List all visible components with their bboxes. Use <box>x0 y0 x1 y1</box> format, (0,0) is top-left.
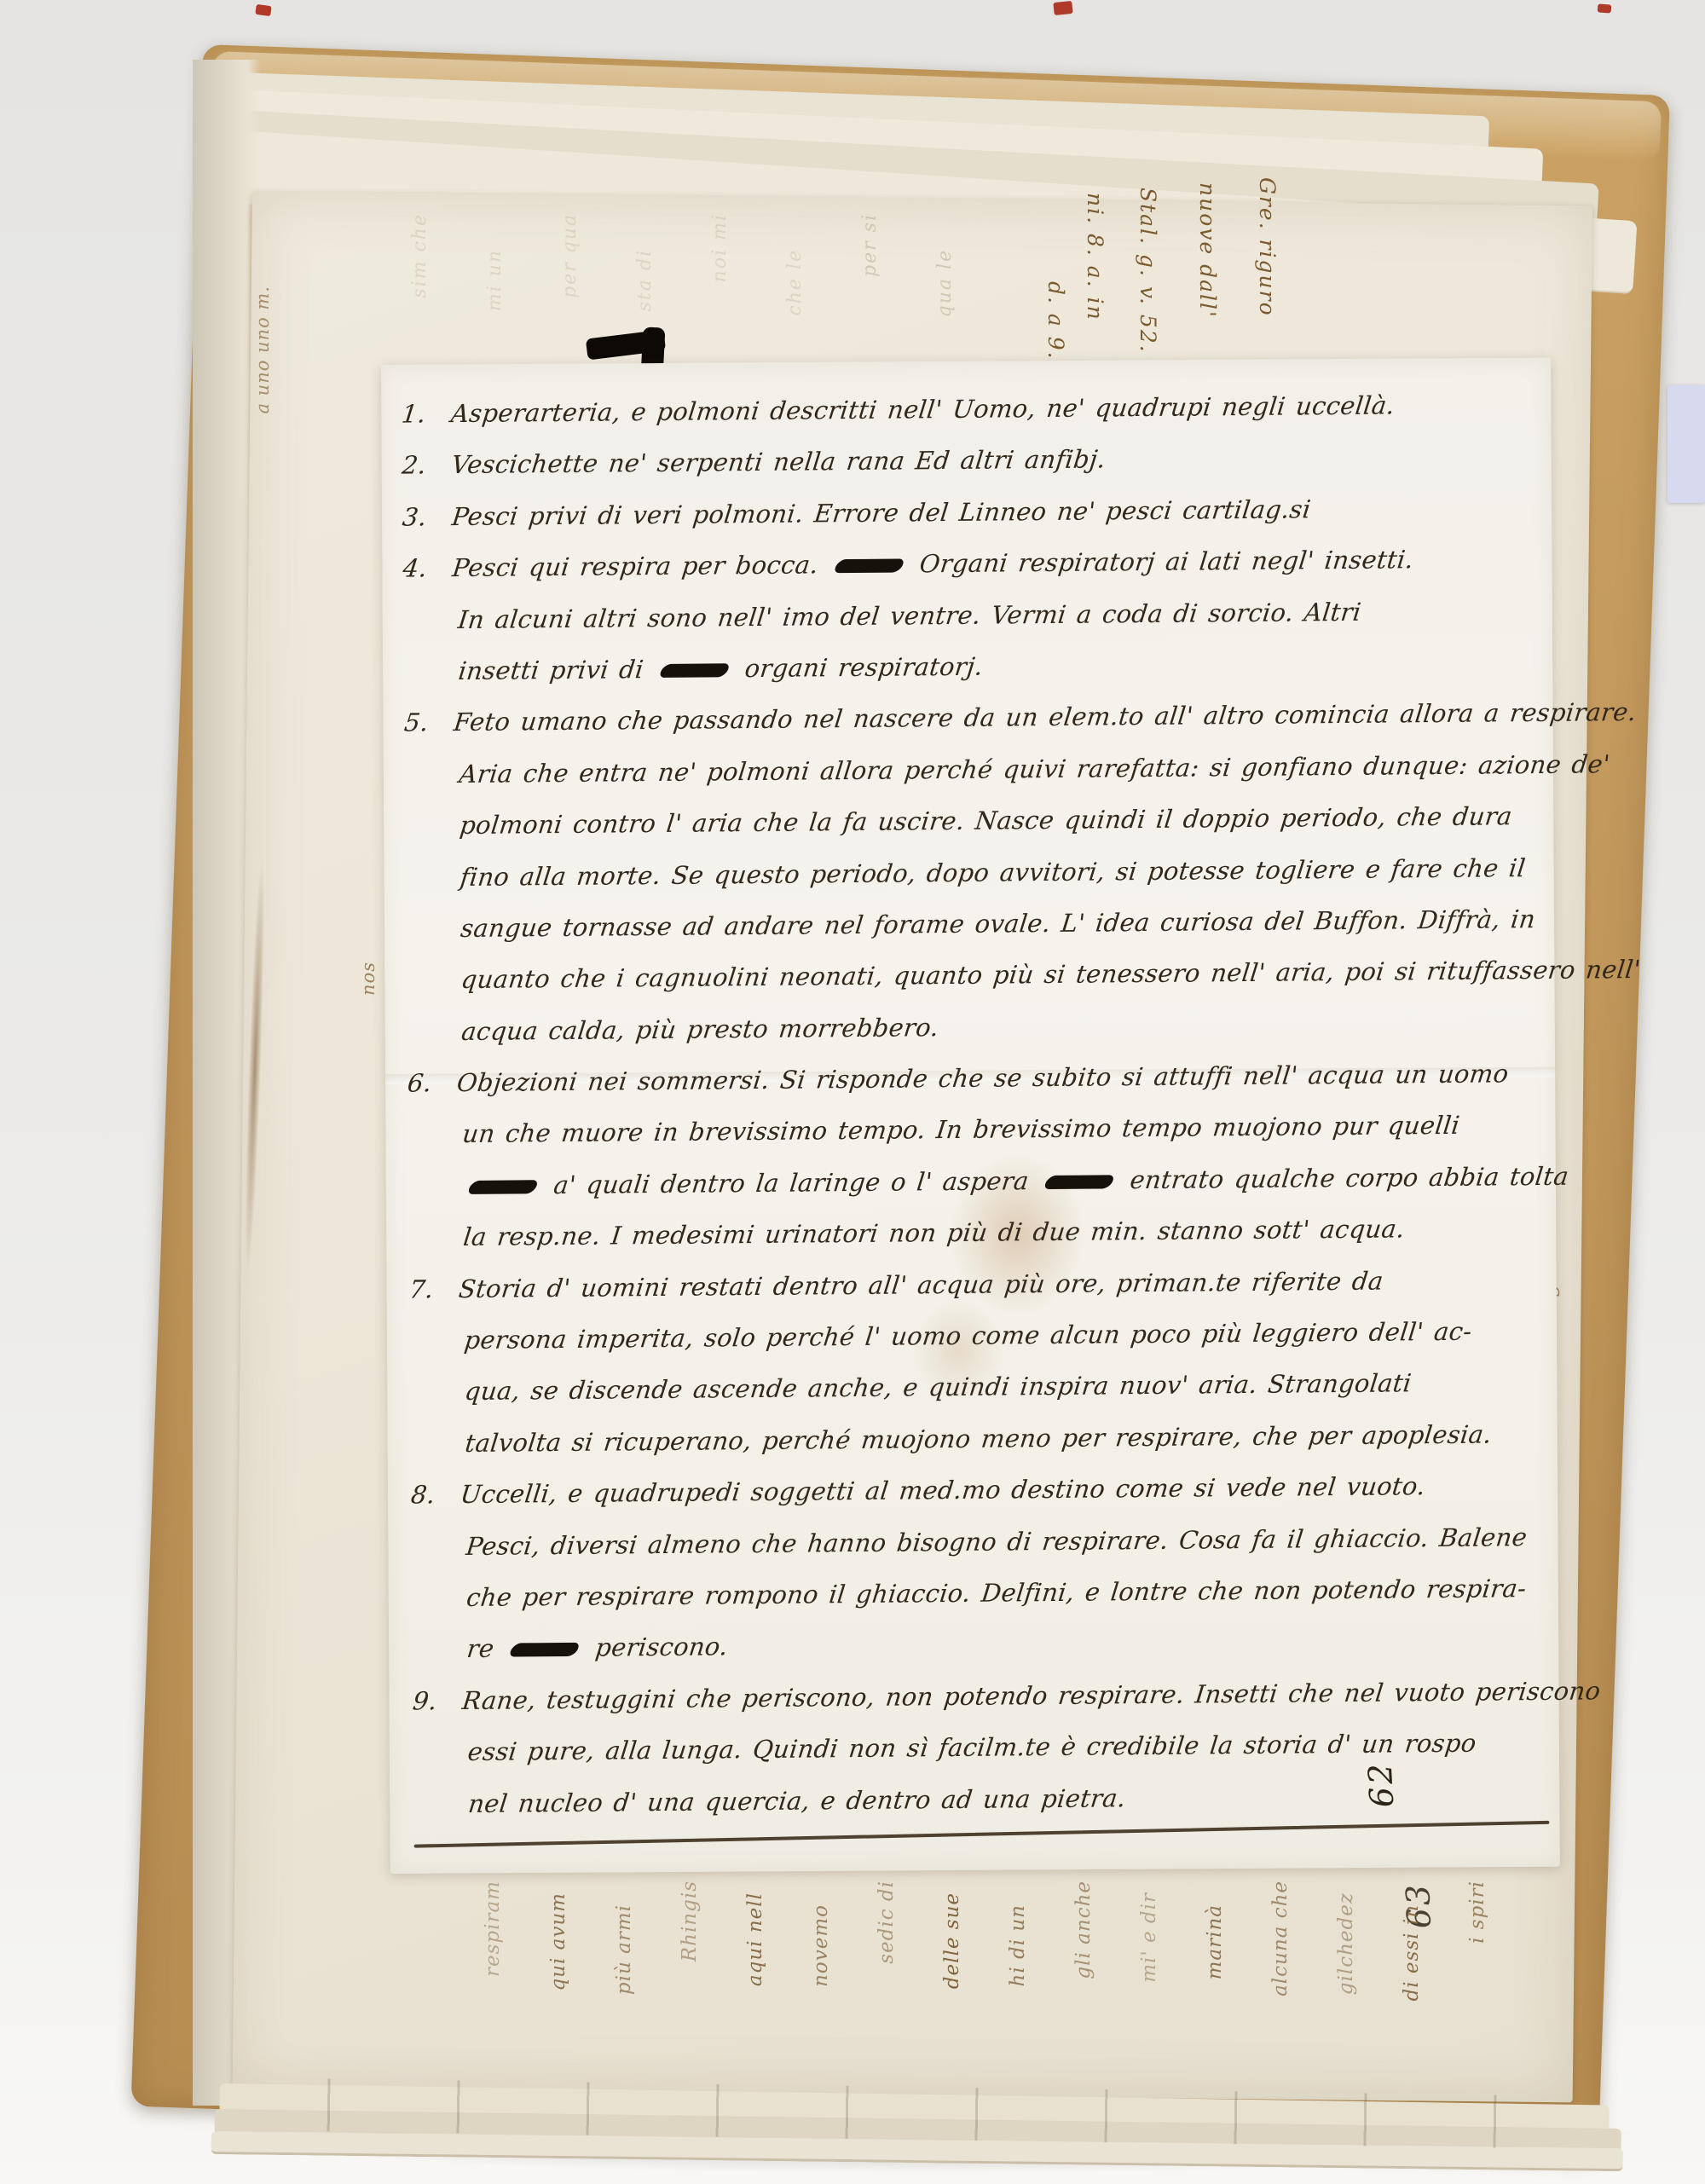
entry-text: Aria che entra ne' polmoni allora perché… <box>458 749 1611 789</box>
rotated-text-fragment: gilchedez <box>1335 1892 1357 1995</box>
rotated-text-fragment: nos <box>358 962 379 996</box>
manuscript-line: quanto che i cagnuolini neonati, quanto … <box>404 945 1546 1006</box>
rotated-text-fragment: mi un <box>484 249 506 311</box>
entry-text: essi pure, alla lunga. Quindi non sì fac… <box>466 1729 1478 1766</box>
rotated-text-fragment: sedic di <box>876 1881 898 1964</box>
entry-text: acqua calda, più presto morrebbero. <box>460 1013 940 1046</box>
rotated-text-fragment: qua le <box>934 249 956 317</box>
ink-blot <box>466 1180 540 1194</box>
entry-text: la resp.ne. I medesimi urinatori non più… <box>462 1215 1407 1252</box>
rotated-text-fragment: aqui nell <box>744 1892 766 1986</box>
entry-number: 9. <box>410 1675 465 1727</box>
manuscript-line: la resp.ne. I medesimi urinatori non più… <box>406 1202 1547 1263</box>
entry-text: Pesci privi di veri polmoni. Errore del … <box>450 494 1312 531</box>
entry-text: polmoni contro l' aria che la fa uscire.… <box>459 801 1514 840</box>
entry-text: Vescichette ne' serpenti nella rana Ed a… <box>450 445 1107 480</box>
manuscript-line: polmoni contro l' aria che la fa uscire.… <box>402 790 1544 852</box>
rotated-text-fragment: hi di un <box>1007 1904 1029 1987</box>
rotated-text-fragment: che le <box>784 249 806 316</box>
rotated-text-fragment: sta di <box>634 249 656 311</box>
ink-blot <box>508 1643 581 1657</box>
manuscript-line: 5.Feto umano che passando nel nascere da… <box>402 687 1543 748</box>
entry-text: Objezioni nei sommersi. Si risponde che … <box>455 1059 1510 1097</box>
rotated-text-fragment: respiram <box>482 1881 504 1977</box>
entry-text: un che muore in brevissimo tempo. In bre… <box>461 1111 1461 1148</box>
entry-number: 2. <box>399 439 454 491</box>
rotated-text-fragment: Rhingis <box>679 1881 701 1962</box>
rotated-text-fragment: delle sue <box>941 1892 963 1989</box>
rotated-text-fragment: mi' e dir <box>1138 1892 1160 1983</box>
entry-text: persona imperita, solo perché l' uomo co… <box>463 1317 1474 1355</box>
entry-text: Storia d' uomini restati dentro all' acq… <box>457 1266 1384 1303</box>
annotation-column: Stal. g. v. 52. <box>1136 188 1160 354</box>
entry-number: 4. <box>400 542 455 594</box>
rotated-text-fragment: di essi in <box>1401 1904 1423 2001</box>
manuscript-line: re periscono. <box>409 1614 1551 1675</box>
rotated-text-fragment: qui avum <box>547 1892 569 1991</box>
entry-text: Pesci, diversi almeno che hanno bisogno … <box>465 1522 1529 1561</box>
manuscript-line: 4.Pesci qui respira per bocca. Organi re… <box>400 533 1541 594</box>
ink-blot <box>832 559 905 574</box>
entry-number: 1. <box>399 388 454 440</box>
manuscript-line: 2.Vescichette ne' serpenti nella rana Ed… <box>399 430 1540 491</box>
entry-number: 5. <box>402 696 457 748</box>
entry-text: Pesci qui respira per bocca. Organi resp… <box>451 545 1415 582</box>
manuscript-text-block: 1.Asperarteria, e polmoni descritti nell… <box>402 378 1550 1829</box>
entry-text: qua, se discende ascende anche, e quindi… <box>463 1369 1413 1407</box>
annotation-column: Gre. riguro <box>1255 177 1280 317</box>
rotated-text-fragment: più armi <box>613 1904 635 1995</box>
annotation-column: nuove dall' <box>1195 182 1220 319</box>
entry-text: a' quali dentro la laringe o l' aspera e… <box>461 1162 1570 1200</box>
blue-bookmark-tab <box>1667 385 1705 503</box>
entry-text: Feto umano che passando nel nascere da u… <box>452 697 1638 737</box>
entry-text: sangue tornasse ad andare nel forame ova… <box>459 904 1537 943</box>
rotated-text-fragment: per qua <box>559 213 581 298</box>
manuscript-photo: sim chemi unper quasta dinoi miche leper… <box>0 0 1705 2184</box>
manuscript-line: un che muore in brevissimo tempo. In bre… <box>405 1099 1546 1160</box>
rotated-text-fragment: sim che <box>409 213 431 298</box>
entry-text: re periscono. <box>465 1632 730 1664</box>
pasted-slip: 1.Asperarteria, e polmoni descritti nell… <box>381 358 1560 1874</box>
ink-blot <box>657 663 731 678</box>
rotated-text-fragment: per si <box>859 213 881 277</box>
manuscript-line: 8.Uccelli, e quadrupedi soggetti al med.… <box>408 1459 1550 1521</box>
rotated-text-fragment: i spiri <box>1466 1881 1488 1944</box>
entry-text: quanto che i cagnuolini neonati, quanto … <box>459 955 1642 994</box>
entry-text: In alcuni altri sono nell' imo del ventr… <box>456 597 1362 633</box>
rotated-text-fragment: novemo <box>810 1904 832 1987</box>
rotated-text-fragment: a uno uno m. <box>252 286 273 414</box>
entry-number: 8. <box>408 1469 464 1521</box>
rotated-text-fragment: alcuna che <box>1269 1881 1292 1996</box>
entry-text: che per respirare rompono il ghiaccio. D… <box>465 1574 1528 1612</box>
red-edge-mark <box>1598 3 1612 13</box>
red-edge-mark <box>255 4 271 16</box>
entry-text: Asperarteria, e polmoni descritti nell' … <box>449 390 1396 428</box>
rotated-text-fragment: noi mi <box>709 213 731 282</box>
entry-text: talvolta si ricuperano, perché muojono m… <box>464 1419 1494 1458</box>
folio-number-62: 62 <box>1361 1760 1402 1809</box>
entry-text: Rane, testuggini che periscono, non pote… <box>460 1676 1602 1715</box>
entry-number: 6. <box>405 1057 460 1109</box>
red-edge-mark <box>1053 1 1072 15</box>
manuscript-line: qua, se discende ascende anche, e quindi… <box>407 1356 1549 1418</box>
entry-text: Uccelli, e quadrupedi soggetti al med.mo… <box>459 1471 1426 1509</box>
rotated-text-fragment: gli anche <box>1072 1881 1095 1979</box>
rotated-text-fragment: marinà <box>1204 1904 1226 1979</box>
annotation-column: ni. 8. a. in <box>1083 193 1107 321</box>
ink-blot <box>1043 1175 1116 1189</box>
entry-text: insetti privi di organi respiratorj. <box>457 652 985 685</box>
entry-text: nel nucleo d' una quercia, e dentro ad u… <box>467 1783 1128 1818</box>
entry-text: fino alla morte. Se questo periodo, dopo… <box>459 853 1527 892</box>
entry-number: 7. <box>407 1263 462 1315</box>
entry-number: 3. <box>400 491 455 543</box>
